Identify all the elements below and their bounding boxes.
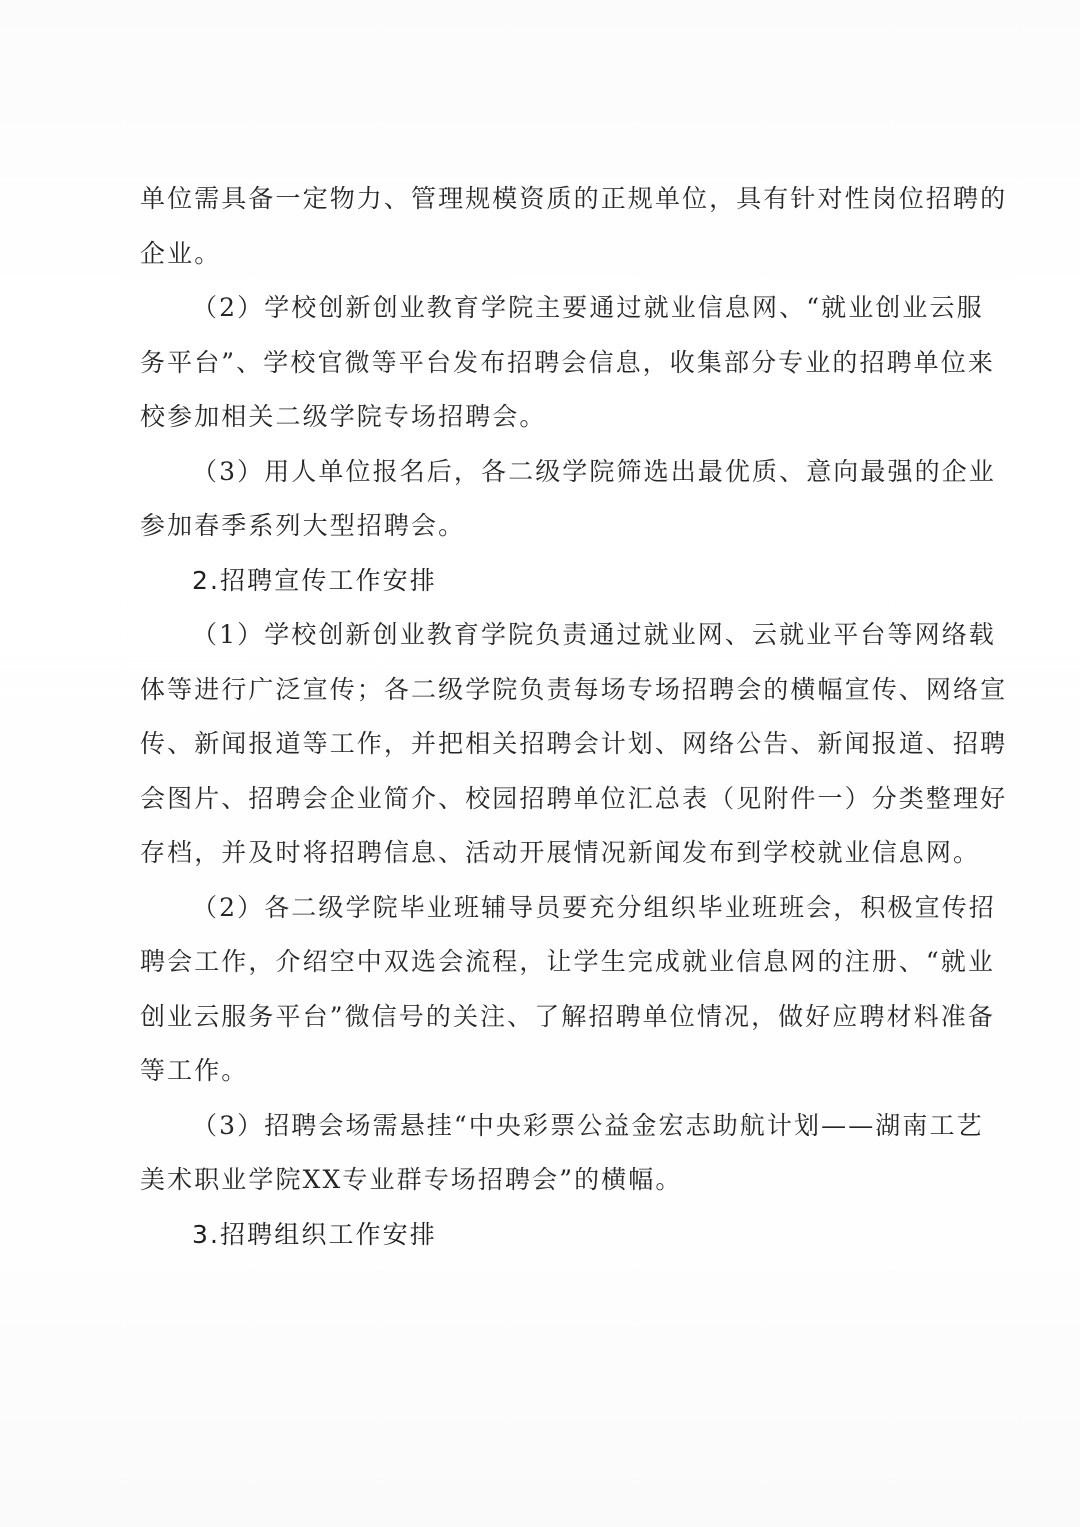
paragraph-publicity-item-2: （2）各二级学院毕业班辅导员要充分组织毕业班班会，积极宣传招 聘会工作，介绍空中… — [140, 885, 945, 1103]
text-line: 传、新闻报道等工作，并把相关招聘会计划、网络公告、新闻报道、招聘 — [140, 721, 945, 776]
text-line: 单位需具备一定物力、管理规模资质的正规单位，具有针对性岗位招聘的 — [140, 176, 945, 231]
text-line: 会图片、招聘会企业简介、校园招聘单位汇总表（见附件一）分类整理好 — [140, 776, 945, 831]
heading-text: 3.招聘组织工作安排 — [140, 1212, 945, 1267]
text-line: （2）学校创新创业教育学院主要通过就业信息网、“就业创业云服 — [140, 285, 945, 340]
paragraph-item-2-platform-release: （2）学校创新创业教育学院主要通过就业信息网、“就业创业云服 务平台”、学校官微… — [140, 285, 945, 449]
paragraph-publicity-item-1: （1）学校创新创业教育学院负责通过就业网、云就业平台等网络载 体等进行广泛宣传；… — [140, 612, 945, 885]
text-line: 创业云服务平台”微信号的关注、了解招聘单位情况，做好应聘材料准备 — [140, 994, 945, 1049]
text-line: （2）各二级学院毕业班辅导员要充分组织毕业班班会，积极宣传招 — [140, 885, 945, 940]
text-line: （1）学校创新创业教育学院负责通过就业网、云就业平台等网络载 — [140, 612, 945, 667]
text-line: （3）用人单位报名后，各二级学院筛选出最优质、意向最强的企业 — [140, 449, 945, 504]
text-line: 校参加相关二级学院专场招聘会。 — [140, 394, 945, 449]
heading-text: 2.招聘宣传工作安排 — [140, 558, 945, 613]
text-line: 体等进行广泛宣传；各二级学院负责每场专场招聘会的横幅宣传、网络宣 — [140, 667, 945, 722]
paragraph-item-3-selection: （3）用人单位报名后，各二级学院筛选出最优质、意向最强的企业 参加春季系列大型招… — [140, 449, 945, 558]
paragraph-unit-qualification: 单位需具备一定物力、管理规模资质的正规单位，具有针对性岗位招聘的 企业。 — [140, 176, 945, 285]
section-heading-recruitment-organization: 3.招聘组织工作安排 — [140, 1212, 945, 1267]
text-line: 参加春季系列大型招聘会。 — [140, 503, 945, 558]
document-page: 单位需具备一定物力、管理规模资质的正规单位，具有针对性岗位招聘的 企业。 （2）… — [0, 0, 1080, 1527]
text-line: 务平台”、学校官微等平台发布招聘会信息，收集部分专业的招聘单位来 — [140, 340, 945, 395]
text-line: （3）招聘会场需悬挂“中央彩票公益金宏志助航计划——湖南工艺 — [140, 1103, 945, 1158]
text-line: 等工作。 — [140, 1048, 945, 1103]
paragraph-publicity-item-3: （3）招聘会场需悬挂“中央彩票公益金宏志助航计划——湖南工艺 美术职业学院XX专… — [140, 1103, 945, 1212]
text-line: 聘会工作，介绍空中双选会流程，让学生完成就业信息网的注册、“就业 — [140, 939, 945, 994]
text-line: 存档，并及时将招聘信息、活动开展情况新闻发布到学校就业信息网。 — [140, 830, 945, 885]
section-heading-recruitment-publicity: 2.招聘宣传工作安排 — [140, 558, 945, 613]
document-body: 单位需具备一定物力、管理规模资质的正规单位，具有针对性岗位招聘的 企业。 （2）… — [140, 176, 945, 1266]
text-line: 企业。 — [140, 231, 945, 286]
text-line: 美术职业学院XX专业群专场招聘会”的横幅。 — [140, 1157, 945, 1212]
